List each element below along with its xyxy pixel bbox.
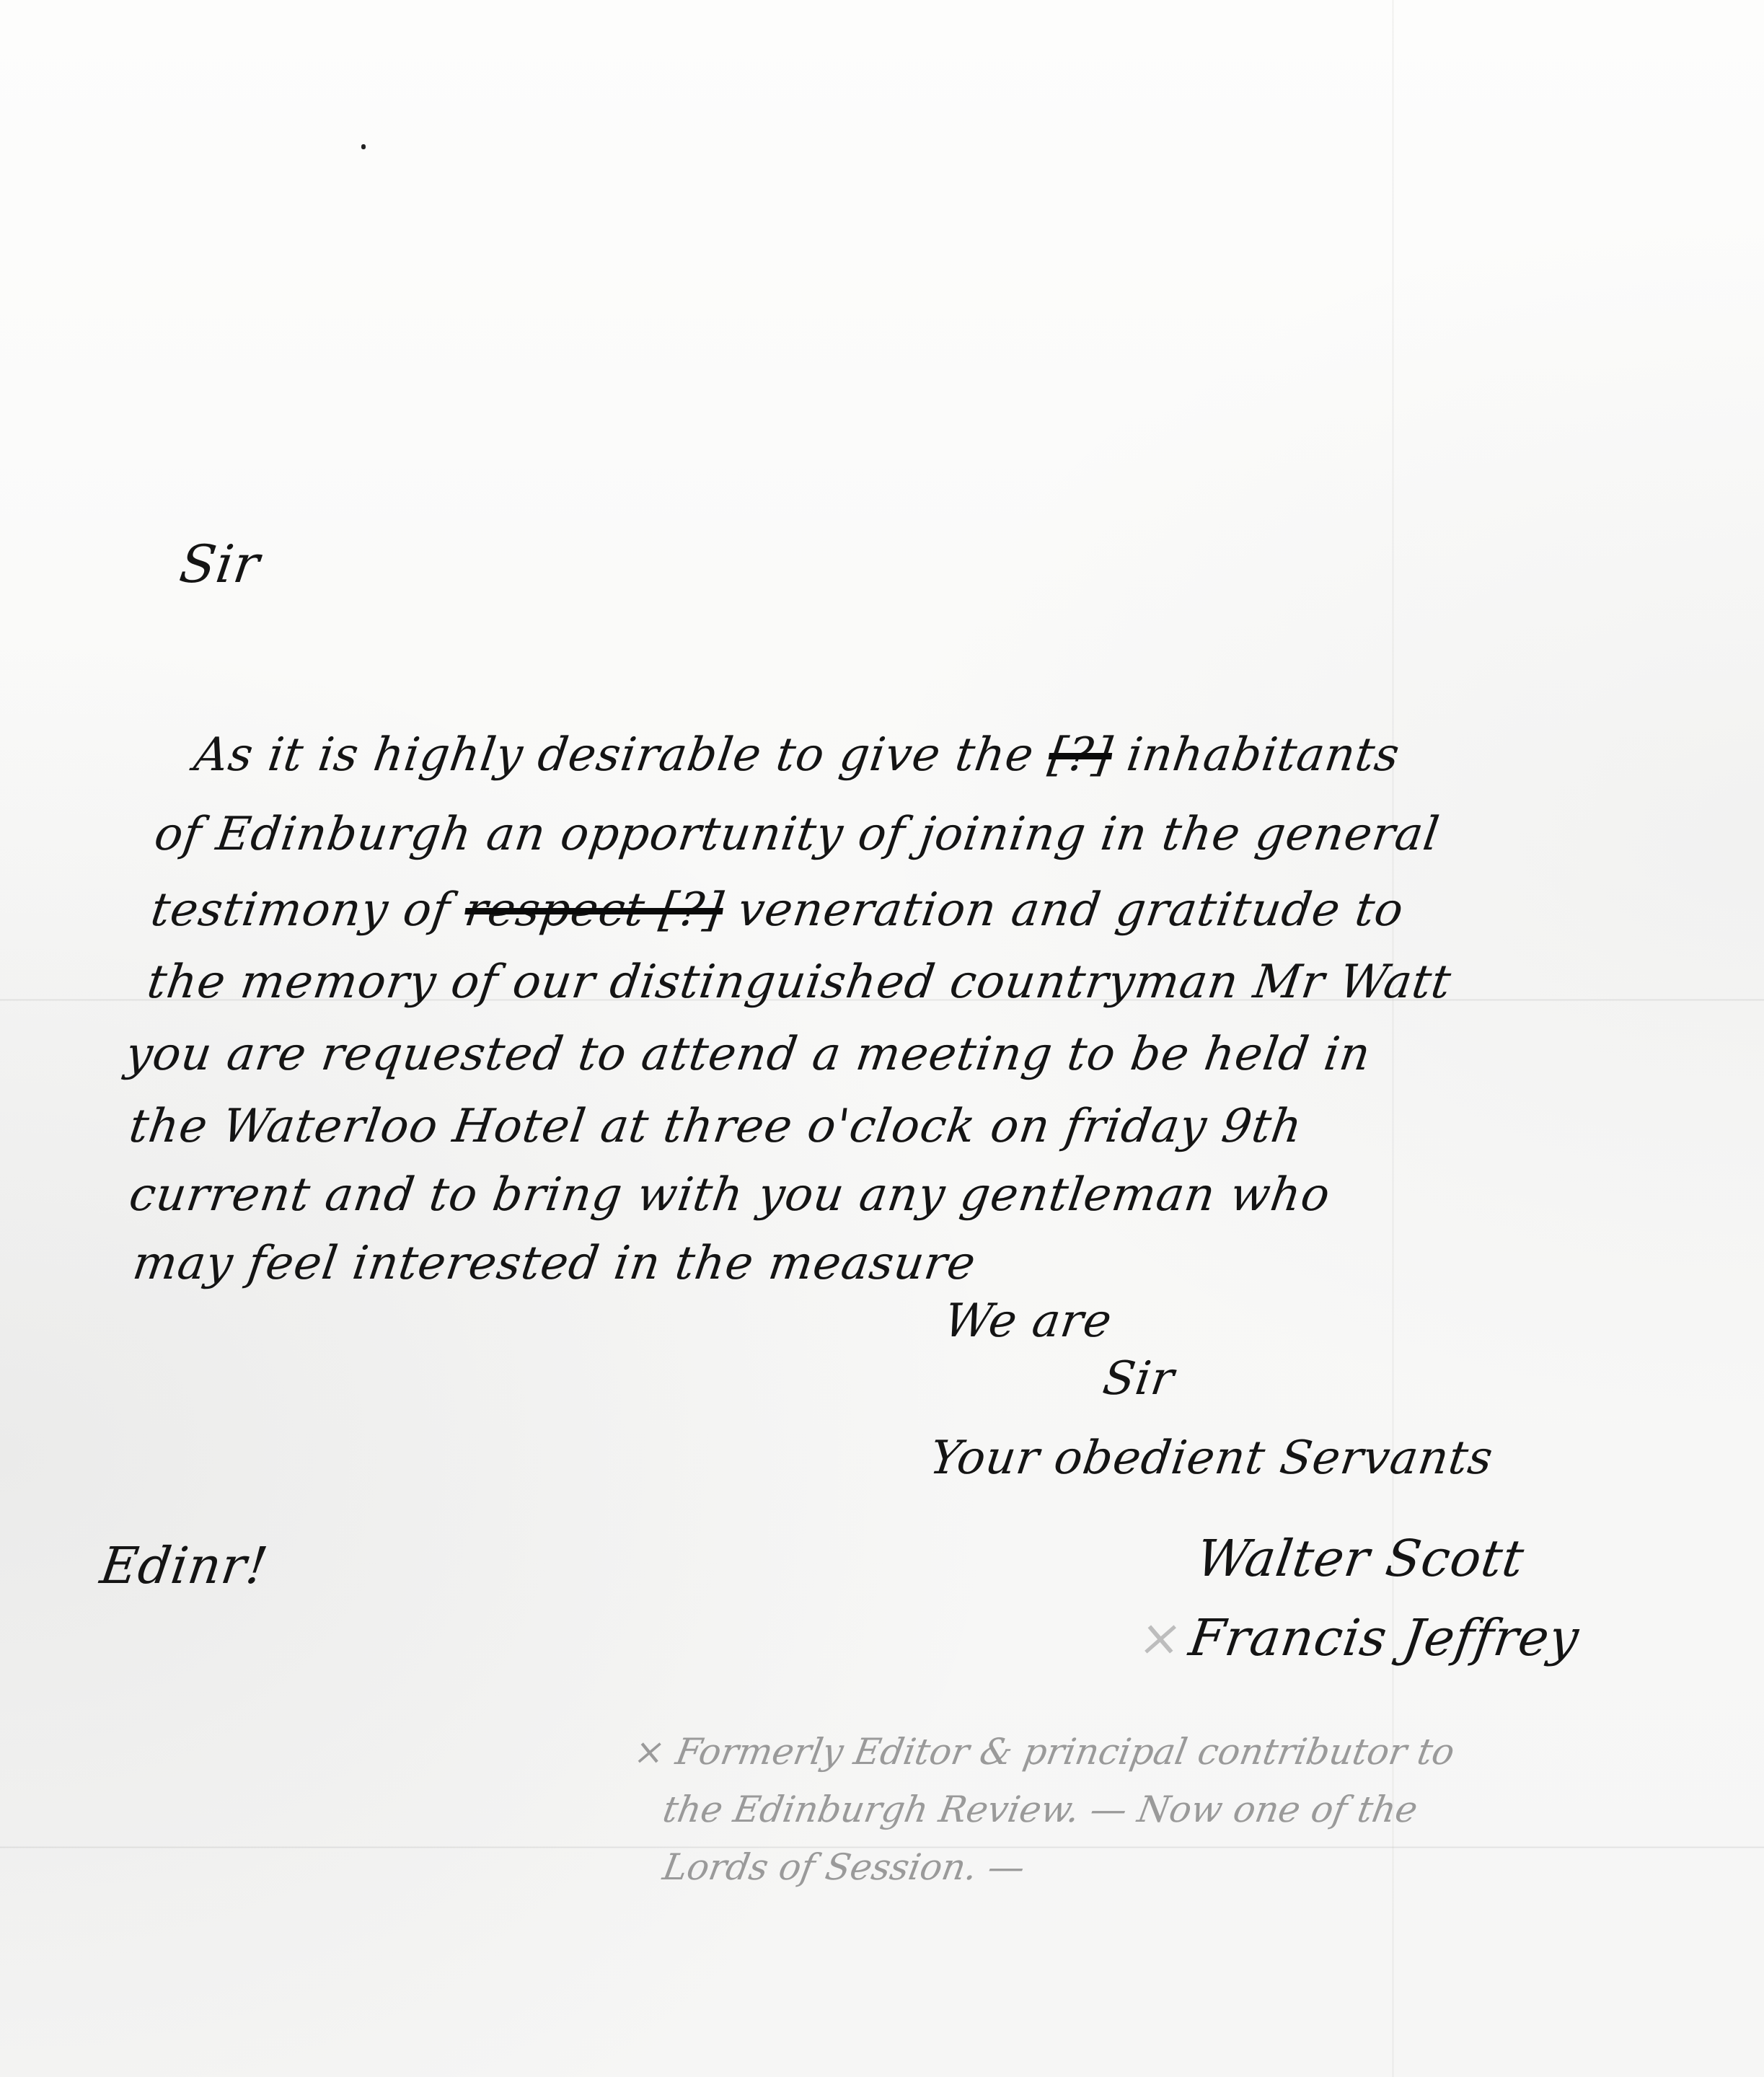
signature-walter-scott: Walter Scott — [1193, 1529, 1527, 1588]
salutation: Sir — [176, 534, 264, 594]
signature-francis-jeffrey: ×Francis Jeffrey — [1135, 1608, 1583, 1667]
body-line-7: current and to bring with you any gentle… — [127, 1172, 1333, 1218]
pencil-note-line-1: × Formerly Editor & principal contributo… — [631, 1731, 1457, 1773]
pencil-note-line-3: Lords of Session. — — [660, 1846, 1028, 1888]
body-line-8: may feel interested in the measure — [131, 1240, 979, 1287]
struck-words: respect [?] — [462, 883, 727, 937]
footnote-mark: × — [1135, 1608, 1186, 1667]
body-line-1: As it is highly desirable to give the [?… — [192, 732, 1403, 778]
closing-line-1: We are — [942, 1298, 1115, 1344]
body-line-3: testimony of respect [?] veneration and … — [149, 887, 1407, 933]
closing-line-2: Sir — [1101, 1356, 1178, 1402]
ink-speck — [361, 144, 366, 149]
footnote-mark: × — [631, 1731, 669, 1773]
body-line-6: the Waterloo Hotel at three o'clock on f… — [127, 1103, 1305, 1150]
struck-word: [?] — [1045, 728, 1116, 782]
place-edinburgh: Edinr! — [97, 1536, 272, 1595]
body-line-5: you are requested to attend a meeting to… — [123, 1031, 1374, 1077]
body-line-4: the memory of our distinguished countrym… — [145, 959, 1455, 1005]
body-line-2: of Edinburgh an opportunity of joining i… — [152, 811, 1442, 857]
pencil-note-line-2: the Edinburgh Review. — Now one of the — [660, 1789, 1421, 1830]
closing-line-3: Your obedient Servants — [927, 1435, 1496, 1481]
